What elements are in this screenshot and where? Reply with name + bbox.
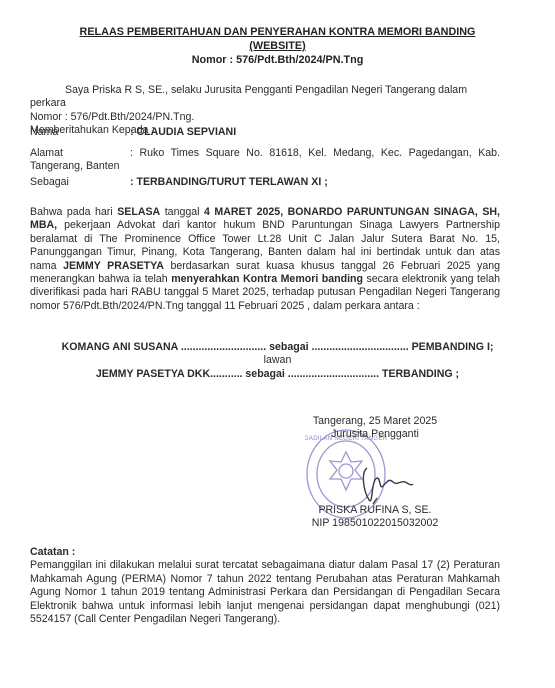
name-value: : CLAUDIA SEPVIANI — [130, 126, 236, 138]
case-number: Nomor : 576/Pdt.Bth/2024/PN.Tng — [0, 53, 555, 67]
signature-block-top: Tangerang, 25 Maret 2025 Jurusita Pengga… — [300, 415, 450, 442]
note-block: Catatan : Pemanggilan ini dilakukan mela… — [30, 546, 500, 626]
body-paragraph: Bahwa pada hari SELASA tanggal 4 MARET 2… — [30, 206, 500, 313]
place-date: Tangerang, 25 Maret 2025 — [300, 415, 450, 428]
address-value-cont: Tangerang, Banten — [30, 160, 500, 173]
day: SELASA — [117, 206, 160, 218]
recipient-role-row: Sebagai: TERBANDING/TURUT TERLAWAN XI ; — [30, 176, 500, 189]
document-title: RELAAS PEMBERITAHUAN DAN PENYERAHAN KONT… — [0, 25, 555, 39]
name-label: Nama — [30, 126, 130, 139]
intro-line-1: Saya Priska R S, SE., selaku Jurusita Pe… — [30, 84, 500, 111]
signer-position: Jurusita Pengganti — [300, 428, 450, 441]
note-heading: Catatan : — [30, 546, 500, 559]
role-label: Sebagai — [30, 176, 130, 189]
intro-line-2: Nomor : 576/Pdt.Bth/2024/PN.Tng. — [30, 111, 500, 124]
role-value: : TERBANDING/TURUT TERLAWAN XI ; — [130, 176, 328, 188]
signer-name: PRISKA RUFINA S, SE. — [300, 504, 450, 517]
action-text: menyerahkan Kontra Memori banding — [171, 273, 363, 285]
note-text: Pemanggilan ini dilakukan melalui surat … — [30, 559, 500, 626]
address-value: : Ruko Times Square No. 81618, Kel. Meda… — [130, 147, 500, 159]
recipient-name-row: Nama: CLAUDIA SEPVIANI — [30, 126, 500, 139]
appellant-line: KOMANG ANI SUSANA ......................… — [0, 341, 555, 354]
document-page: RELAAS PEMBERITAHUAN DAN PENYERAHAN KONT… — [0, 0, 555, 688]
respondent-line: JEMMY PASETYA DKK........... sebagai ...… — [0, 368, 555, 381]
client-name: JEMMY PRASETYA — [63, 260, 164, 272]
document-subtitle: (WEBSITE) — [0, 39, 555, 53]
signature-icon — [355, 460, 415, 510]
document-header: RELAAS PEMBERITAHUAN DAN PENYERAHAN KONT… — [0, 25, 555, 67]
parties-block: KOMANG ANI SUSANA ......................… — [0, 341, 555, 381]
signature-block-bottom: PRISKA RUFINA S, SE. NIP 198501022015032… — [300, 504, 450, 531]
recipient-address-row: Alamat: Ruko Times Square No. 81618, Kel… — [30, 147, 500, 174]
address-label: Alamat — [30, 147, 130, 160]
signer-nip: NIP 198501022015032002 — [300, 517, 450, 530]
versus-label: lawan — [0, 354, 555, 367]
